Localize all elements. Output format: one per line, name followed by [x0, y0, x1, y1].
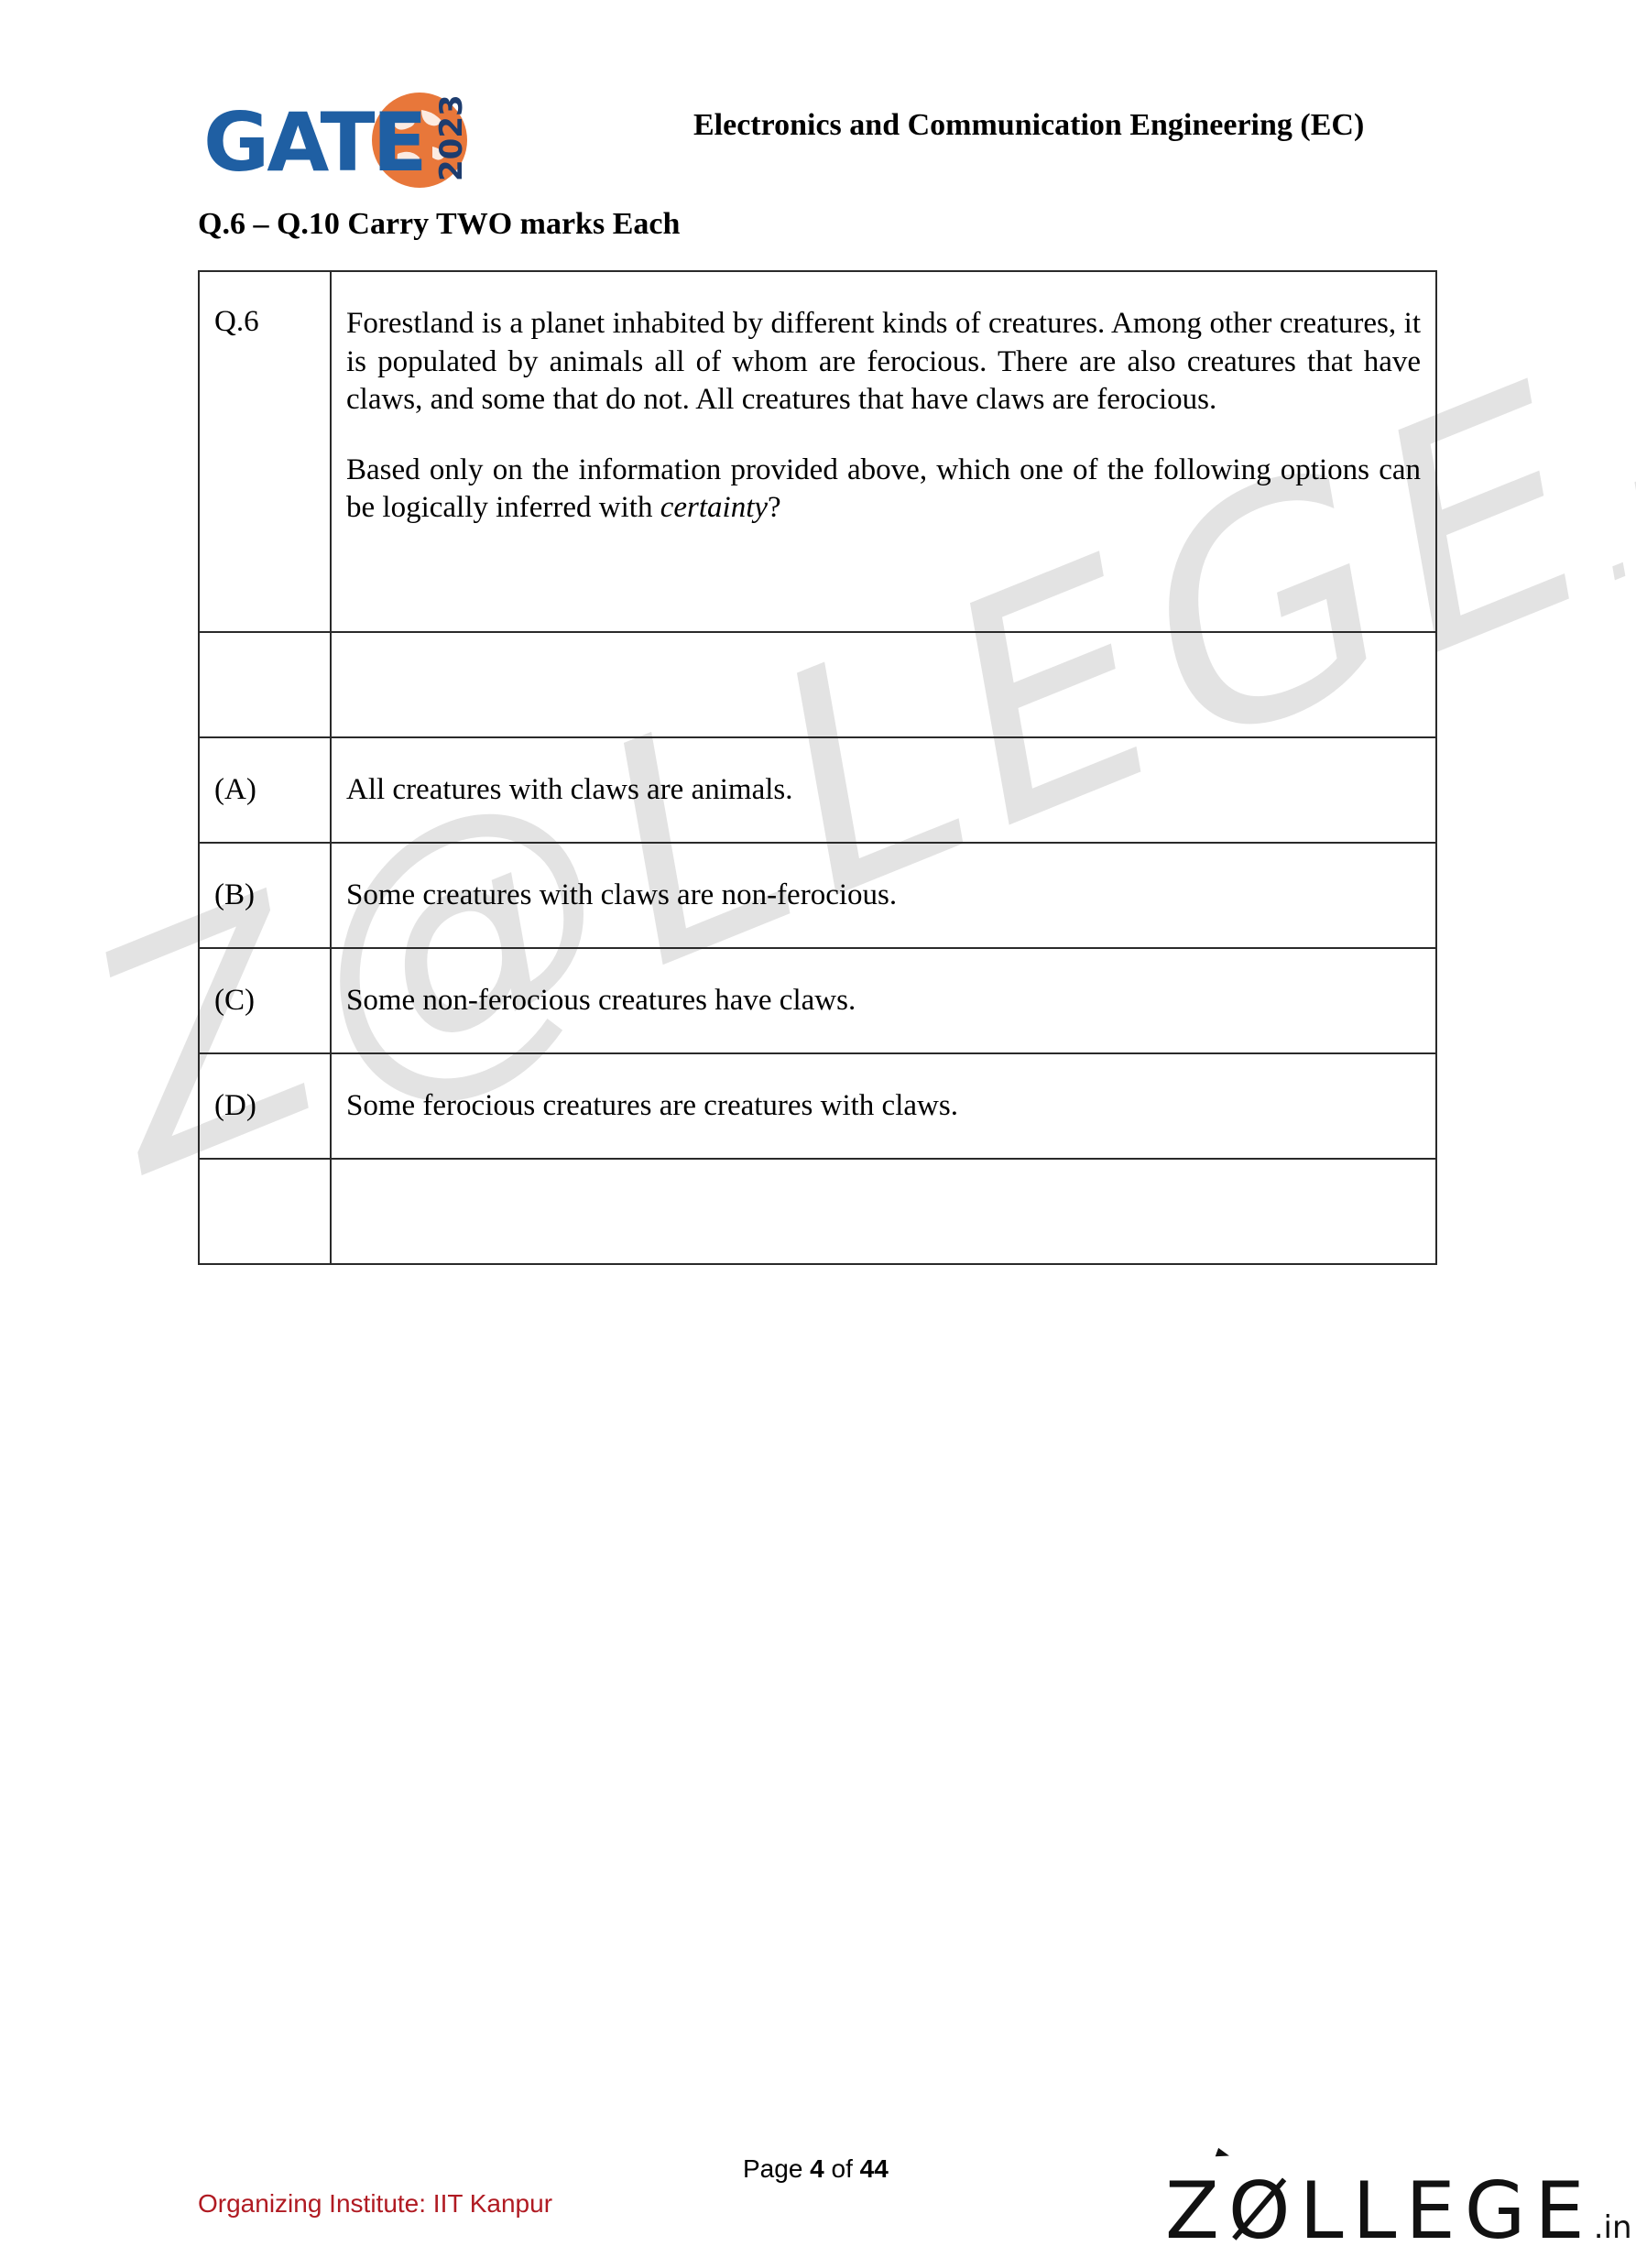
gate-2023-logo: GATE 2023: [203, 90, 469, 191]
option-row-a[interactable]: (A) All creatures with claws are animals…: [199, 737, 1436, 843]
stem-question-mark: ?: [768, 491, 781, 524]
stem-paragraph-1: Forestland is a planet inhabited by diff…: [346, 305, 1421, 420]
total-pages: 44: [860, 2154, 889, 2183]
arrow-icon: [1216, 2148, 1231, 2161]
organizing-institute: Organizing Institute: IIT Kanpur: [198, 2189, 552, 2219]
option-text: Some creatures with claws are non-feroci…: [331, 843, 1436, 948]
option-row-c[interactable]: (C) Some non-ferocious creatures have cl…: [199, 948, 1436, 1053]
zollege-logo-text: ZØLLEGE: [1165, 2165, 1594, 2257]
subject-title: Electronics and Communication Engineerin…: [693, 108, 1364, 143]
question-table: Q.6 Forestland is a planet inhabited by …: [198, 270, 1437, 1265]
question-stem-row: Q.6 Forestland is a planet inhabited by …: [199, 271, 1436, 632]
stem-paragraph-2: Based only on the information provided a…: [346, 452, 1421, 528]
option-text: Some non-ferocious creatures have claws.: [331, 948, 1436, 1053]
section-title: Q.6 – Q.10 Carry TWO marks Each: [198, 207, 680, 242]
zollege-logo-suffix: .in: [1594, 2209, 1632, 2246]
option-text: Some ferocious creatures are creatures w…: [331, 1053, 1436, 1159]
option-label: (D): [199, 1053, 331, 1159]
svg-text:2023: 2023: [433, 94, 469, 181]
page-number: Page 4 of 44: [743, 2154, 889, 2184]
current-page: 4: [810, 2154, 824, 2183]
svg-text:GATE: GATE: [203, 95, 425, 190]
option-label: (C): [199, 948, 331, 1053]
option-row-d[interactable]: (D) Some ferocious creatures are creatur…: [199, 1053, 1436, 1159]
blank-row: [199, 632, 1436, 737]
option-label: (A): [199, 737, 331, 843]
globe-icon: GATE 2023: [203, 90, 469, 191]
watermark-suffix: .in: [1586, 429, 1636, 612]
blank-row: [199, 1159, 1436, 1264]
option-label: (B): [199, 843, 331, 948]
stem-paragraph-2-text: Based only on the information provided a…: [346, 453, 1421, 525]
option-row-b[interactable]: (B) Some creatures with claws are non-fe…: [199, 843, 1436, 948]
stem-emphasis: certainty: [660, 491, 768, 524]
question-stem: Forestland is a planet inhabited by diff…: [331, 271, 1436, 632]
option-text: All creatures with claws are animals.: [331, 737, 1436, 843]
question-number: Q.6: [199, 271, 331, 632]
zollege-logo: ZØLLEGE.in: [1162, 2139, 1629, 2258]
